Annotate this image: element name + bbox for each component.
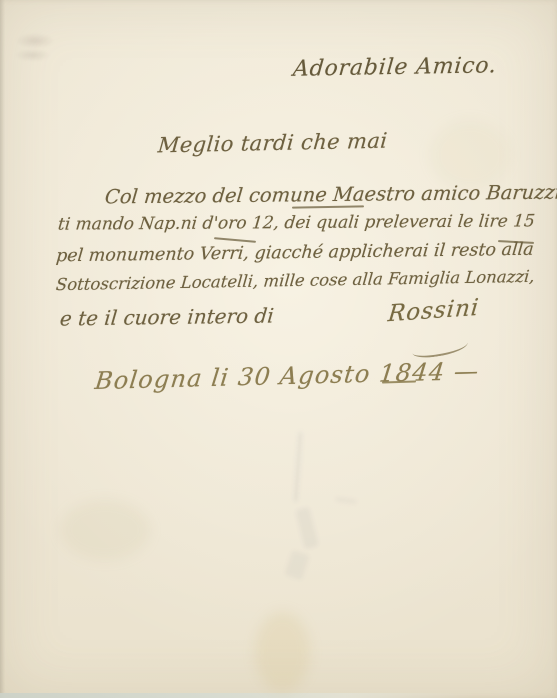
underline-under-maestro	[292, 205, 364, 208]
left-edge-shadow	[0, 0, 5, 698]
letter-body-line: Sottoscrizione Locatelli, mille cose all…	[55, 267, 535, 294]
ink-show-through-mark	[295, 507, 318, 549]
letter-scan: Adorabile Amico. Meglio tardi che mai Co…	[0, 0, 557, 698]
letter-body-line: Col mezzo del comune Maestro amico Baruz…	[104, 181, 557, 209]
signature-rossini: Rossini	[387, 295, 481, 328]
age-stain	[255, 612, 310, 692]
letter-body-line: ti mando Nap.ni d'oro 12, dei quali prel…	[57, 211, 536, 234]
ink-show-through-mark	[335, 496, 357, 504]
ink-show-through-mark	[284, 550, 309, 580]
age-stain	[60, 500, 150, 560]
age-stain	[430, 120, 510, 190]
place-and-date-line: Bologna li 30 Agosto 1844 —	[93, 357, 480, 395]
signature-flourish	[411, 336, 469, 360]
letter-body-line: pel monumento Verri, giacché applicherai…	[55, 240, 534, 267]
faint-collection-stamp	[12, 30, 58, 66]
letter-opening-line: Meglio tardi che mai	[157, 129, 388, 158]
letter-salutation: Adorabile Amico.	[292, 53, 498, 82]
ink-show-through-mark	[294, 432, 303, 502]
letter-body-line: e te il cuore intero di	[59, 303, 275, 330]
scanner-bed-bottom-edge	[0, 693, 557, 698]
underline-under-number-12	[214, 237, 256, 243]
